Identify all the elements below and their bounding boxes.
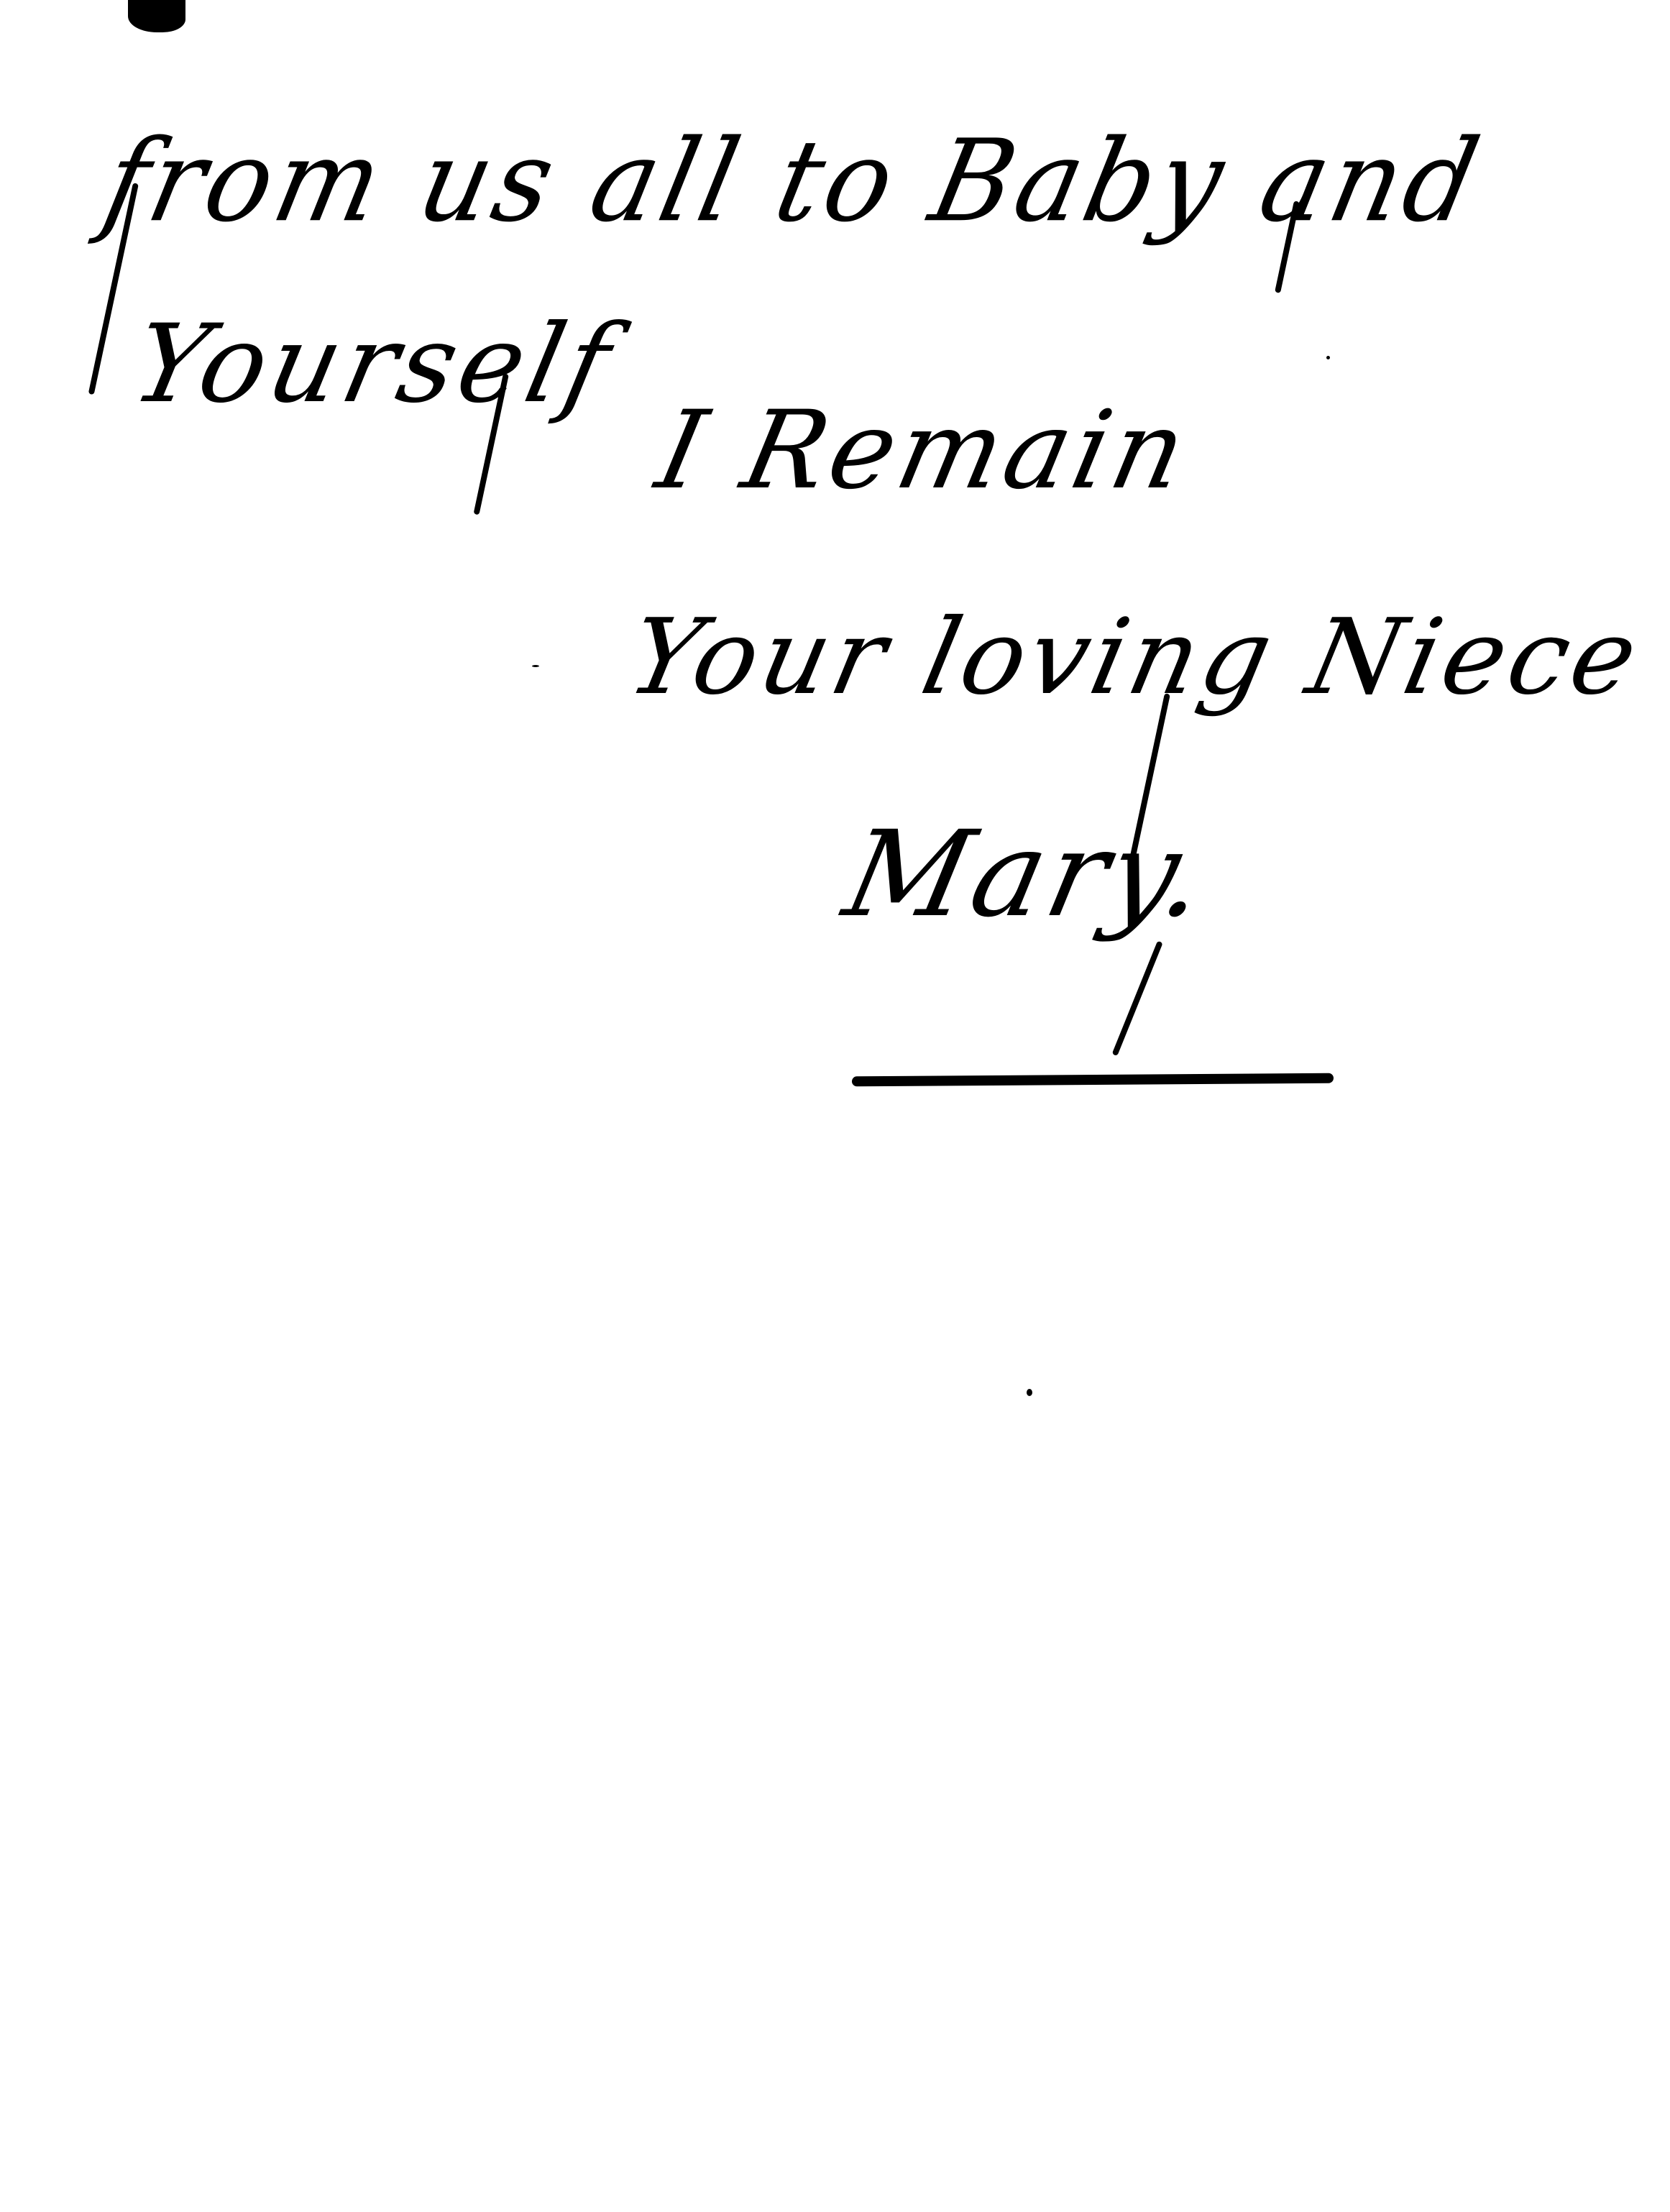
signature-underline bbox=[852, 1073, 1334, 1087]
ink-speck bbox=[1326, 356, 1330, 359]
ink-speck bbox=[1027, 1389, 1032, 1396]
letter-line-1: from us all to Baby and bbox=[93, 116, 1493, 247]
ink-speck bbox=[532, 665, 539, 667]
letter-page: from us all to Baby and Yourself I Remai… bbox=[0, 0, 1670, 2212]
letter-line-2: Yourself bbox=[122, 302, 625, 427]
closing-line: I Remain bbox=[647, 388, 1201, 513]
ink-blot bbox=[128, 0, 185, 32]
y-descender-stroke-2 bbox=[1112, 941, 1163, 1057]
valediction-line: Your loving Niece bbox=[618, 597, 1651, 718]
signature: Mary. bbox=[834, 805, 1223, 943]
